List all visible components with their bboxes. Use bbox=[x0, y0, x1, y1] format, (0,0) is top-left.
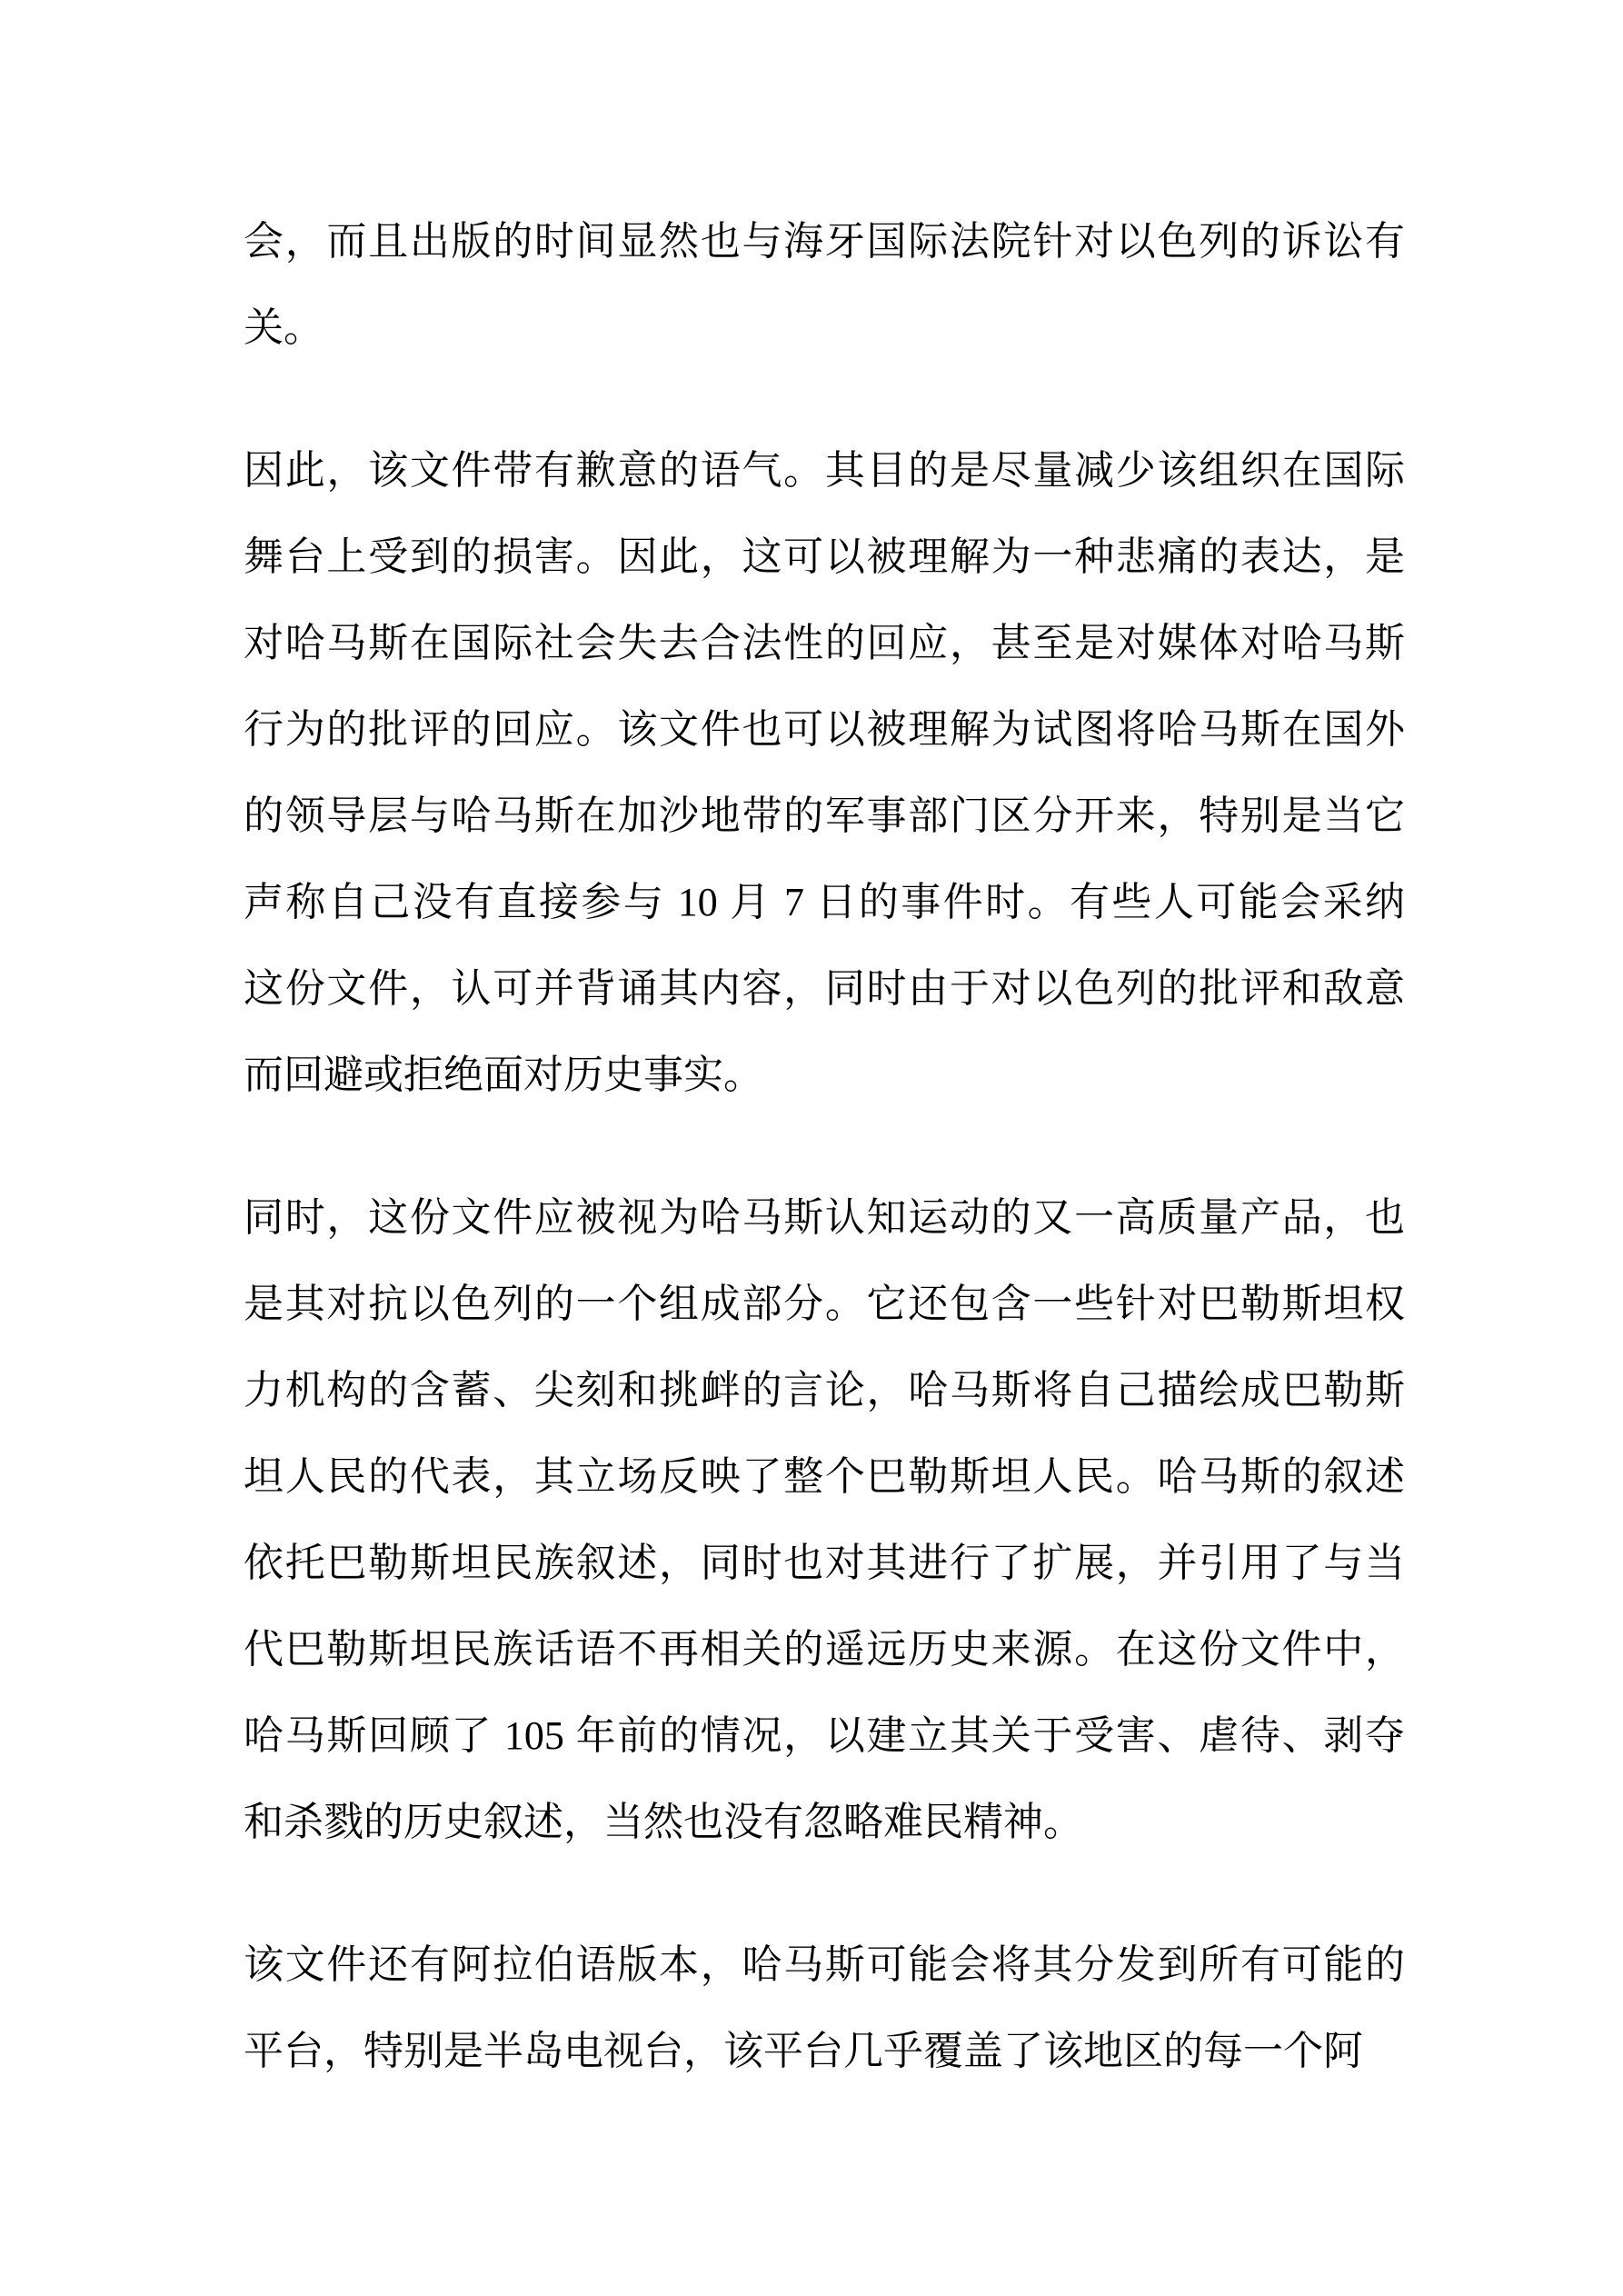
text-line: 关。 bbox=[244, 285, 1405, 371]
text-line: 和杀戮的历史叙述，当然也没有忽略难民精神。 bbox=[244, 1779, 1405, 1865]
text-line: 因此，该文件带有歉意的语气。其目的是尽量减少该组织在国际 bbox=[244, 427, 1405, 514]
text-line: 的领导层与哈马斯在加沙地带的军事部门区分开来，特别是当它 bbox=[244, 773, 1405, 859]
text-line: 是其对抗以色列的一个组成部分。它还包含一些针对巴勒斯坦权 bbox=[244, 1261, 1405, 1347]
text-line: 依托巴勒斯坦民族叙述，同时也对其进行了扩展，并引用了与当 bbox=[244, 1520, 1405, 1606]
text-line: 声称自己没有直接参与 10 月 7 日的事件时。有些人可能会采纳 bbox=[244, 859, 1405, 945]
text-line: 哈马斯回顾了 105 年前的情况，以建立其关于受害、虐待、剥夺 bbox=[244, 1692, 1405, 1779]
paragraph: 该文件还有阿拉伯语版本，哈马斯可能会将其分发到所有可能的平台，特别是半岛电视台，… bbox=[244, 1922, 1405, 2094]
text-line: 该文件还有阿拉伯语版本，哈马斯可能会将其分发到所有可能的 bbox=[244, 1922, 1405, 2008]
text-line: 坦人民的代表，其立场反映了整个巴勒斯坦人民。哈马斯的叙述 bbox=[244, 1433, 1405, 1520]
paragraph: 因此，该文件带有歉意的语气。其目的是尽量减少该组织在国际舞台上受到的损害。因此，… bbox=[244, 427, 1405, 1118]
text-line: 会，而且出版的时间显然也与海牙国际法院针对以色列的诉讼有 bbox=[244, 198, 1405, 285]
text-line: 同时，这份文件应被视为哈马斯认知运动的又一高质量产品，也 bbox=[244, 1174, 1405, 1261]
text-line: 而回避或拒绝面对历史事实。 bbox=[244, 1032, 1405, 1118]
text-line: 平台，特别是半岛电视台，该平台几乎覆盖了该地区的每一个阿 bbox=[244, 2008, 1405, 2094]
text-line: 代巴勒斯坦民族话语不再相关的遥远历史来源。在这份文件中， bbox=[244, 1606, 1405, 1692]
paragraph: 同时，这份文件应被视为哈马斯认知运动的又一高质量产品，也是其对抗以色列的一个组成… bbox=[244, 1174, 1405, 1865]
text-line: 舞台上受到的损害。因此，这可以被理解为一种悲痛的表达，是 bbox=[244, 514, 1405, 600]
text-line: 这份文件，认可并背诵其内容，同时由于对以色列的批评和敌意 bbox=[244, 945, 1405, 1032]
text-line: 行为的批评的回应。该文件也可以被理解为试图将哈马斯在国外 bbox=[244, 686, 1405, 773]
text-line: 力机构的含蓄、尖刻和挑衅的言论，哈马斯将自己描绘成巴勒斯 bbox=[244, 1347, 1405, 1433]
text-line: 对哈马斯在国际社会失去合法性的回应，甚至是对媒体对哈马斯 bbox=[244, 600, 1405, 686]
document-page: 会，而且出版的时间显然也与海牙国际法院针对以色列的诉讼有关。因此，该文件带有歉意… bbox=[0, 0, 1623, 2296]
document-text: 会，而且出版的时间显然也与海牙国际法院针对以色列的诉讼有关。因此，该文件带有歉意… bbox=[244, 198, 1405, 2151]
paragraph: 会，而且出版的时间显然也与海牙国际法院针对以色列的诉讼有关。 bbox=[244, 198, 1405, 371]
